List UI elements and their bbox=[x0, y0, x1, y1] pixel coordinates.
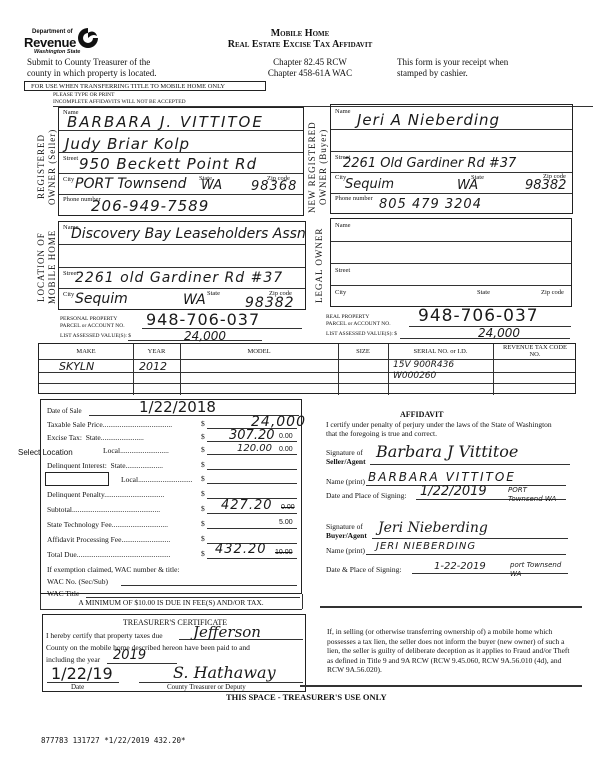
header-revenue-tax-code: REVENUE TAX CODE NO. bbox=[497, 344, 573, 358]
receipt-note: This form is your receipt when stamped b… bbox=[397, 57, 508, 79]
treasurer-use-only: THIS SPACE - TREASURER'S USE ONLY bbox=[226, 692, 387, 702]
seller-street[interactable]: 950 Beckett Point Rd bbox=[79, 155, 257, 173]
tech-fee-line bbox=[207, 528, 297, 529]
header-serial: SERIAL NO. or I.D. bbox=[388, 348, 493, 355]
legal-owner-section-label: LEGAL OWNER bbox=[314, 225, 328, 305]
table-cell-serial-2[interactable]: W000260 bbox=[393, 371, 436, 381]
wac-no-label: WAC No. (Sec/Sub) bbox=[47, 577, 108, 586]
legal-row-divider bbox=[331, 285, 571, 286]
location-section-label: LOCATION OF MOBILE HOME bbox=[36, 222, 60, 312]
currency-symbol: $ bbox=[201, 445, 205, 454]
location-row-divider bbox=[59, 288, 305, 289]
treasurer-date[interactable]: 1/22/19 bbox=[51, 664, 113, 683]
seller-label-2: OWNER (Seller) bbox=[47, 129, 57, 205]
chapter-rcw: Chapter 82.45 RCW bbox=[255, 57, 365, 68]
table-cell-serial-1[interactable]: 15V 900R436 bbox=[393, 360, 454, 370]
location-label-2: MOBILE HOME bbox=[47, 230, 57, 304]
location-state-label: State bbox=[207, 290, 220, 297]
subtotal-value[interactable]: 427.20 bbox=[221, 498, 273, 513]
treasurer-line-3: including the year bbox=[46, 655, 100, 664]
buyer-city[interactable]: Sequim bbox=[345, 177, 394, 192]
treasurer-year[interactable]: 2019 bbox=[113, 648, 146, 663]
submit-line-2: county in which property is located. bbox=[27, 68, 156, 79]
treasurer-line-1: I hereby certify that property taxes due bbox=[46, 631, 163, 640]
treasurer-certificate-box: TREASURER'S CERTIFICATE I hereby certify… bbox=[42, 614, 306, 692]
treasurer-date-label: Date bbox=[71, 683, 84, 691]
form-title-line1: Mobile Home bbox=[200, 28, 400, 39]
taxable-price-label: Taxable Sale Price......................… bbox=[47, 420, 172, 429]
wac-no-line bbox=[121, 585, 297, 586]
location-name[interactable]: Discovery Bay Leaseholders Assn bbox=[71, 226, 306, 242]
delinquent-penalty-text: Delinquent Penalty bbox=[47, 490, 104, 499]
treasurer-county[interactable]: Jefferson bbox=[193, 623, 261, 641]
location-box: Name Discovery Bay Leaseholders Assn Str… bbox=[58, 221, 306, 310]
legal-owner-zip-label: Zip code bbox=[541, 289, 564, 296]
table-cell-make[interactable]: SKYLN bbox=[59, 360, 94, 373]
buyer-name-label: Name bbox=[335, 108, 351, 115]
buyer-name-print[interactable]: JERI NIEBERDING bbox=[376, 541, 476, 552]
buyer-phone-label: Phone number bbox=[335, 195, 373, 202]
personal-assessed-value[interactable]: 24,000 bbox=[184, 329, 226, 343]
seller-place[interactable]: PORT Townsend WA bbox=[508, 486, 558, 504]
chapter-refs: Chapter 82.45 RCW Chapter 458-61A WAC bbox=[255, 57, 365, 79]
seller-sig-label-2: Seller/Agent bbox=[326, 457, 366, 466]
real-assessed-value[interactable]: 24,000 bbox=[478, 326, 520, 340]
location-state[interactable]: WA bbox=[183, 292, 206, 308]
processing-fee-text: Affidavit Processing Fee bbox=[47, 535, 121, 544]
currency-symbol: $ bbox=[201, 504, 205, 513]
real-parcel-label-2: PARCEL or ACCOUNT NO. bbox=[326, 321, 391, 328]
currency-symbol: $ bbox=[201, 489, 205, 498]
type-notice: PLEASE TYPE OR PRINT bbox=[53, 92, 114, 98]
seller-street-label: Street bbox=[63, 155, 78, 162]
seller-name-2[interactable]: Judy Briar Kolp bbox=[65, 135, 190, 153]
excise-local-line bbox=[207, 454, 297, 455]
buyer-date-label: Date & Place of Signing: bbox=[326, 565, 401, 574]
legal-owner-box: Name Street City State Zip code bbox=[330, 218, 572, 307]
total-due-printed: 10.00 bbox=[275, 549, 293, 556]
real-assessed-label: LIST ASSESSED VALUE(S): $ bbox=[326, 331, 397, 337]
seller-row-divider bbox=[59, 173, 303, 174]
personal-parcel-label-1: PERSONAL PROPERTY bbox=[60, 316, 125, 323]
header-make: MAKE bbox=[39, 348, 133, 355]
processing-fee-label: Affidavit Processing Fee................… bbox=[47, 535, 170, 544]
tech-fee-text: State Technology Fee bbox=[47, 520, 112, 529]
table-cell-year[interactable]: 2012 bbox=[139, 360, 167, 373]
buyer-sig-label-2: Buyer/Agent bbox=[326, 531, 367, 540]
header-model: MODEL bbox=[180, 348, 338, 355]
revenue-wave-logo-icon bbox=[76, 26, 100, 50]
mobile-home-table: MAKE YEAR MODEL SIZE SERIAL NO. or I.D. … bbox=[38, 343, 576, 394]
currency-symbol: $ bbox=[201, 460, 205, 469]
seller-signature-label: Signature of Seller/Agent bbox=[326, 448, 366, 466]
logo-state-text: Washington State bbox=[34, 49, 80, 55]
location-street[interactable]: 2261 old Gardiner Rd #37 bbox=[75, 270, 283, 286]
buyer-date[interactable]: 1-22-2019 bbox=[434, 561, 486, 572]
tax-lien-warning: If, in selling (or otherwise transferrin… bbox=[327, 627, 577, 675]
delinquent-local-label: Local............................. bbox=[121, 475, 192, 484]
seller-name-1[interactable]: BARBARA J. VITTITOE bbox=[67, 113, 264, 131]
county-select-input[interactable] bbox=[45, 472, 109, 486]
location-city-label: City bbox=[63, 291, 74, 298]
tax-box-bottom bbox=[40, 609, 302, 610]
buyer-box: Name Jeri A Nieberding Street 2261 Old G… bbox=[330, 104, 573, 214]
buyer-state[interactable]: WA bbox=[457, 178, 478, 193]
seller-city[interactable]: PORT Townsend bbox=[75, 176, 187, 192]
location-row-divider bbox=[59, 267, 305, 268]
subtotal-line bbox=[207, 513, 297, 514]
currency-symbol: $ bbox=[201, 432, 205, 441]
table-row-divider bbox=[39, 383, 575, 384]
submit-instructions: Submit to County Treasurer of the county… bbox=[27, 57, 156, 79]
delinquent-interest-label: Delinquent Interest: State..............… bbox=[47, 461, 163, 470]
table-col-divider bbox=[493, 344, 494, 395]
tax-box-left bbox=[40, 594, 41, 609]
buyer-signature[interactable]: Jeri Nieberding bbox=[378, 520, 488, 536]
legal-owner-label: LEGAL OWNER bbox=[314, 227, 324, 302]
subtotal-printed: 0.00 bbox=[281, 504, 295, 511]
subtotal-text: Subtotal bbox=[47, 505, 72, 514]
total-due-text: Total Due bbox=[47, 550, 77, 559]
transfer-notice-box: FOR USE WHEN TRANSFERRING TITLE TO MOBIL… bbox=[24, 81, 266, 91]
excise-state-printed: 0.00 bbox=[279, 433, 293, 440]
delinquent-state-label: State bbox=[111, 461, 126, 470]
minimum-notice: A MINIMUM OF $10.00 IS DUE IN FEE(S) AND… bbox=[40, 598, 302, 607]
seller-label-1: REGISTERED bbox=[36, 135, 46, 200]
buyer-name-1[interactable]: Jeri A Nieberding bbox=[357, 111, 500, 129]
buyer-street[interactable]: 2261 Old Gardiner Rd #37 bbox=[343, 156, 516, 171]
tech-fee-value: 5.00 bbox=[279, 519, 293, 526]
delinquent-penalty-label: Delinquent Penalty......................… bbox=[47, 490, 164, 499]
location-label-1: LOCATION OF bbox=[36, 232, 46, 302]
seller-state[interactable]: WA bbox=[201, 178, 222, 193]
table-header-divider bbox=[39, 359, 575, 360]
excise-local-value[interactable]: 120.00 bbox=[237, 443, 272, 454]
legal-row-divider bbox=[331, 263, 571, 264]
logo-revenue-text: Revenue bbox=[24, 35, 76, 50]
seller-date-label: Date and Place of Signing: bbox=[326, 491, 406, 500]
seller-name-print[interactable]: BARBARA VITTITOE bbox=[368, 470, 516, 484]
real-parcel-label-1: REAL PROPERTY bbox=[326, 314, 391, 321]
buyer-zip[interactable]: 98382 bbox=[525, 178, 566, 193]
buyer-row-divider bbox=[331, 129, 572, 130]
revenue-logo: Department of Revenue Washington State bbox=[24, 26, 114, 60]
excise-tax-text: Excise Tax: bbox=[47, 433, 82, 442]
buyer-section-label: NEW REGISTERED OWNER (Buyer) bbox=[307, 112, 331, 222]
excise-tax-label: Excise Tax: State....................... bbox=[47, 433, 144, 442]
affidavit-certify-text: I certify under penalty of perjury under… bbox=[326, 420, 556, 438]
real-parcel-value[interactable]: 948-706-037 bbox=[418, 306, 539, 326]
tax-box-right bbox=[302, 594, 303, 609]
legal-owner-state-label: State bbox=[477, 289, 490, 296]
form-title-line2: Real Estate Excise Tax Affidavit bbox=[200, 39, 400, 50]
legal-owner-name-label: Name bbox=[335, 222, 351, 229]
select-location-label: Select Location bbox=[18, 448, 73, 457]
transfer-notice: FOR USE WHEN TRANSFERRING TITLE TO MOBIL… bbox=[25, 82, 265, 91]
treasurer-year-line bbox=[107, 663, 177, 664]
location-city[interactable]: Sequim bbox=[75, 291, 128, 307]
warning-bottom-rule bbox=[300, 685, 582, 687]
personal-assessed-label: LIST ASSESSED VALUE(S): $ bbox=[60, 333, 131, 339]
seller-box: Name BARBARA J. VITTITOE Judy Briar Kolp… bbox=[58, 107, 304, 216]
delinquent-state-line bbox=[207, 469, 297, 470]
total-due-value[interactable]: 432.20 bbox=[215, 542, 267, 557]
buyer-label-2: OWNER (Buyer) bbox=[318, 129, 328, 205]
excise-state-label: State bbox=[86, 433, 101, 442]
delinquent-local-line bbox=[207, 483, 297, 484]
buyer-place[interactable]: port Townsend WA bbox=[510, 561, 570, 579]
table-row-divider bbox=[39, 372, 575, 373]
currency-symbol: $ bbox=[201, 519, 205, 528]
receipt-line-2: stamped by cashier. bbox=[397, 68, 508, 79]
excise-local-printed: 0.00 bbox=[279, 446, 293, 453]
seller-date[interactable]: 1/22/2019 bbox=[420, 484, 487, 499]
excise-local-text: Local bbox=[103, 446, 120, 455]
currency-symbol: $ bbox=[201, 534, 205, 543]
seller-name-print-label: Name (print) bbox=[326, 477, 365, 486]
legal-row-divider bbox=[331, 241, 571, 242]
delinquent-interest-text: Delinquent Interest: bbox=[47, 461, 107, 470]
subtotal-label: Subtotal................................… bbox=[47, 505, 160, 514]
date-of-sale[interactable]: 1/22/2018 bbox=[139, 398, 216, 416]
real-parcel-label: REAL PROPERTY PARCEL or ACCOUNT NO. bbox=[326, 314, 391, 328]
buyer-sig-label-1: Signature of bbox=[326, 522, 367, 531]
seller-section-label: REGISTERED OWNER (Seller) bbox=[36, 112, 60, 222]
location-zip[interactable]: 98382 bbox=[245, 295, 295, 311]
seller-phone[interactable]: 206-949-7589 bbox=[91, 197, 209, 215]
buyer-row-divider bbox=[331, 151, 572, 152]
exemption-label: If exemption claimed, WAC number & title… bbox=[47, 565, 180, 574]
tech-fee-label: State Technology Fee....................… bbox=[47, 520, 168, 529]
legal-owner-street-label: Street bbox=[335, 267, 350, 274]
buyer-row-divider bbox=[331, 193, 572, 194]
treasurer-signature[interactable]: S. Hathaway bbox=[173, 663, 276, 682]
total-due-line bbox=[207, 558, 297, 559]
cashier-receipt-stamp: 877783 131727 *1/22/2019 432.20* bbox=[41, 736, 186, 745]
currency-symbol: $ bbox=[201, 474, 205, 483]
receipt-line-1: This form is your receipt when bbox=[397, 57, 508, 68]
affidavit-title: AFFIDAVIT bbox=[400, 410, 443, 419]
taxable-price-text: Taxable Sale Price bbox=[47, 420, 103, 429]
personal-parcel-label: PERSONAL PROPERTY PARCEL or ACCOUNT NO. bbox=[60, 316, 125, 330]
currency-symbol: $ bbox=[201, 549, 205, 558]
form-title: Mobile Home Real Estate Excise Tax Affid… bbox=[200, 28, 400, 50]
seller-signature[interactable]: Barbara J Vittitoe bbox=[376, 442, 518, 461]
excise-state-value[interactable]: 307.20 bbox=[229, 428, 275, 443]
treasurer-title: TREASURER'S CERTIFICATE bbox=[43, 618, 307, 627]
submit-line-1: Submit to County Treasurer of the bbox=[27, 57, 156, 68]
buyer-signature-line bbox=[372, 538, 568, 539]
treasurer-signer-label: County Treasurer or Deputy bbox=[167, 683, 246, 691]
legal-owner-city-label: City bbox=[335, 289, 346, 296]
incomplete-notice: INCOMPLETE AFFIDAVITS WILL NOT BE ACCEPT… bbox=[53, 99, 186, 105]
currency-symbol: $ bbox=[201, 419, 205, 428]
date-of-sale-label: Date of Sale bbox=[47, 407, 82, 415]
delinquent-local-text: Local bbox=[121, 475, 138, 484]
buyer-row-divider bbox=[331, 172, 572, 173]
personal-parcel-label-2: PARCEL or ACCOUNT NO. bbox=[60, 323, 125, 330]
buyer-name-print-line bbox=[366, 554, 566, 555]
buyer-name-print-label: Name (print) bbox=[326, 546, 365, 555]
buyer-signature-label: Signature of Buyer/Agent bbox=[326, 522, 367, 540]
tax-calculation-box: Date of Sale 1/22/2018 Taxable Sale Pric… bbox=[40, 399, 302, 594]
location-row-divider bbox=[59, 244, 305, 245]
wac-title-label: WAC Title bbox=[47, 589, 79, 598]
seller-city-label: City bbox=[63, 176, 74, 183]
seller-signature-line bbox=[370, 464, 570, 465]
buyer-phone[interactable]: 805 479 3204 bbox=[379, 197, 482, 212]
chapter-wac: Chapter 458-61A WAC bbox=[255, 68, 365, 79]
seller-sig-label-1: Signature of bbox=[326, 448, 366, 457]
warning-top-rule bbox=[320, 606, 582, 608]
header-size: SIZE bbox=[338, 348, 388, 355]
total-due-label: Total Due...............................… bbox=[47, 550, 170, 559]
header-year: YEAR bbox=[133, 348, 180, 355]
buyer-label-1: NEW REGISTERED bbox=[307, 121, 317, 213]
seller-row-divider bbox=[59, 194, 303, 195]
seller-zip[interactable]: 98368 bbox=[251, 179, 297, 194]
personal-parcel-value[interactable]: 948-706-037 bbox=[146, 310, 260, 329]
excise-local-label: Local.......................... bbox=[103, 446, 169, 455]
treasurer-line-2: County on the mobile home described here… bbox=[46, 643, 250, 652]
